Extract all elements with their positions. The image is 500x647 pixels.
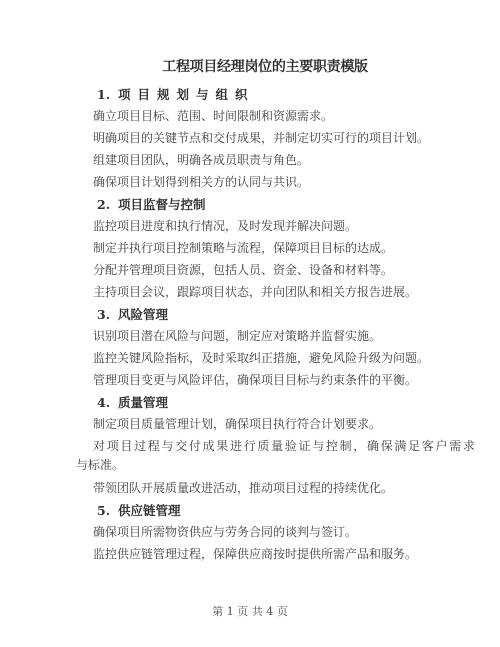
paragraph: 制定并执行项目控制策略与流程，保障项目目标的达成。: [76, 239, 478, 258]
paragraph: 监控项目进度和执行情况，及时发现并解决问题。: [76, 217, 478, 236]
paragraph: 监控供应链管理过程，保障供应商按时提供所需产品和服务。: [76, 545, 478, 564]
heading-number: 2.: [97, 195, 118, 214]
heading-number: 4.: [97, 393, 118, 412]
paragraph: 管理项目变更与风险评估，确保项目目标与约束条件的平衡。: [76, 371, 478, 390]
paragraph: 监控关键风险指标，及时采取纠正措施，避免风险升级为问题。: [76, 349, 478, 368]
section-heading-5: 5.供应链管理: [97, 501, 478, 520]
document-page: 工程项目经理岗位的主要职责模版 1.项目规划与组织 确立项目目标、范围、时间限制…: [0, 0, 500, 647]
paragraph: 对项目过程与交付成果进行质量验证与控制，确保满足客户需求与标准。: [76, 437, 478, 475]
heading-number: 5.: [97, 501, 118, 520]
section-heading-2: 2.项目监督与控制: [97, 195, 478, 214]
heading-number: 1.: [97, 85, 118, 104]
doc-title: 工程项目经理岗位的主要职责模版: [0, 0, 500, 77]
heading-label: 项目监督与控制: [118, 197, 206, 212]
section-heading-3: 3.风险管理: [97, 305, 478, 324]
page-number-text: 第 1 页 共 4 页: [0, 602, 500, 621]
paragraph-line: 与标准。: [76, 456, 478, 475]
heading-number: 3.: [97, 305, 118, 324]
doc-body: 1.项目规划与组织 确立项目目标、范围、时间限制和资源需求。 明确项目的关键节点…: [0, 85, 500, 564]
paragraph: 识别项目潜在风险与问题，制定应对策略并监督实施。: [76, 327, 478, 346]
paragraph: 主持项目会议，跟踪项目状态，并向团队和相关方报告进展。: [76, 283, 478, 302]
paragraph: 带领团队开展质量改进活动，推动项目过程的持续优化。: [76, 479, 478, 498]
heading-label: 质量管理: [118, 395, 168, 410]
paragraph-line: 对项目过程与交付成果进行质量验证与控制，确保满足客户需求: [76, 437, 478, 456]
paragraph: 确保项目计划得到相关方的认同与共识。: [76, 173, 478, 192]
section-heading-4: 4.质量管理: [97, 393, 478, 412]
paragraph: 确立项目目标、范围、时间限制和资源需求。: [76, 107, 478, 126]
paragraph: 明确项目的关键节点和交付成果，并制定切实可行的项目计划。: [76, 129, 478, 148]
paragraph: 分配并管理项目资源，包括人员、资金、设备和材料等。: [76, 261, 478, 280]
heading-label: 供应链管理: [118, 503, 181, 518]
heading-label: 风险管理: [118, 307, 168, 322]
paragraph: 组建项目团队，明确各成员职责与角色。: [76, 151, 478, 170]
paragraph: 确保项目所需物资供应与劳务合同的谈判与签订。: [76, 523, 478, 542]
paragraph: 制定项目质量管理计划，确保项目执行符合计划要求。: [76, 415, 478, 434]
section-heading-1: 1.项目规划与组织: [97, 85, 478, 104]
heading-label: 项目规划与组织: [118, 87, 255, 102]
